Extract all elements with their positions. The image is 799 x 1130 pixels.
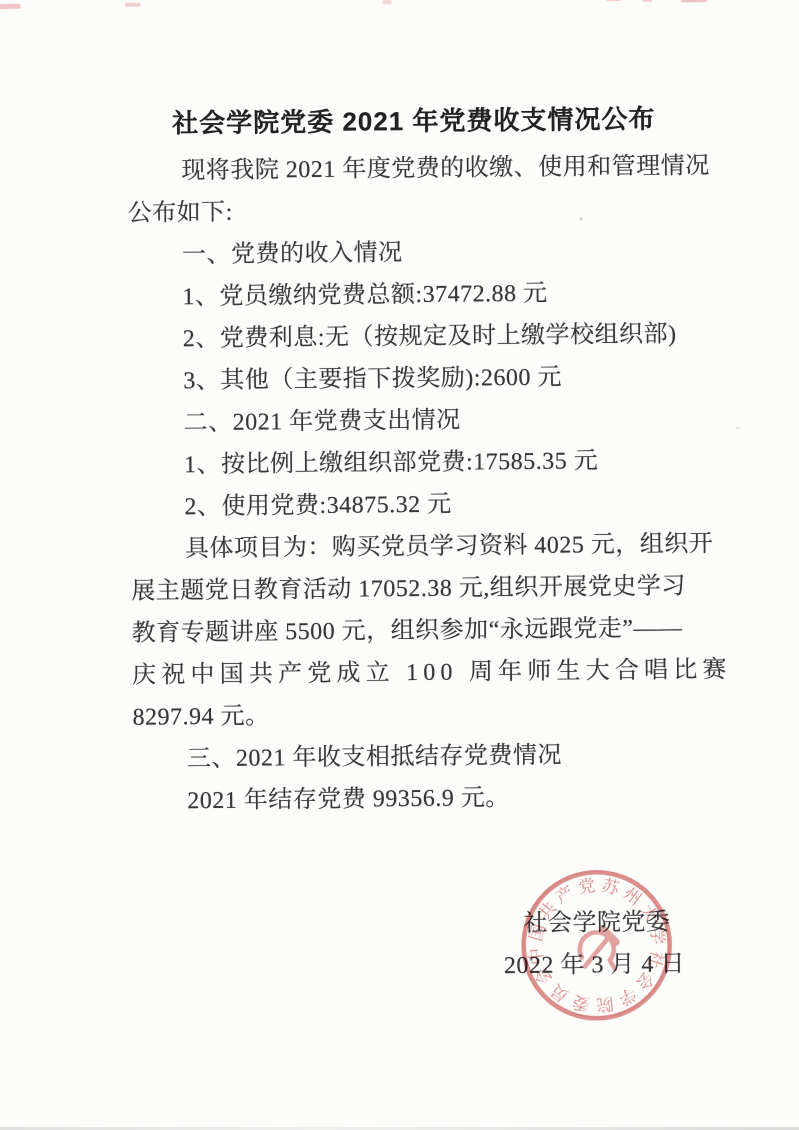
text-line: 2021 年结存党费 99356.9 元。 <box>133 775 707 823</box>
text-line: 3、其他（主要指下拨奖励):2600 元 <box>129 355 703 403</box>
scan-artifact <box>383 0 392 4</box>
text-line: 教育专题讲座 5500 元，组织参加“永远跟党走”—— <box>131 607 705 655</box>
scan-artifact <box>643 0 653 2</box>
scan-speck <box>736 427 740 429</box>
scan-artifact <box>607 0 621 1</box>
text-line: 2、党费利息:无（按规定及时上缴学校组织部) <box>129 313 703 361</box>
document-title: 社会学院党委 2021 年党费收支情况公布 <box>127 98 701 151</box>
document-lines: 现将我院 2021 年度党费的收缴、使用和管理情况公布如下:一、党费的收入情况1… <box>127 145 707 822</box>
text-line: 具体项目为：购买党员学习资料 4025 元，组织开 <box>131 523 705 571</box>
signature-name: 社会学院党委 <box>134 901 708 949</box>
text-line: 三、2021 年收支相抵结存党费情况 <box>133 733 707 781</box>
text-line: 展主题党日教育活动 17052.38 元,组织开展党史学习 <box>131 565 705 613</box>
document-page: 社会学院党委 2021 年党费收支情况公布 现将我院 2021 年度党费的收缴、… <box>0 0 799 1130</box>
text-line: 二、2021 年党费支出情况 <box>129 397 703 445</box>
scan-speck <box>580 217 583 220</box>
scan-artifact <box>681 0 707 2</box>
text-line: 1、按比例上缴组织部党费:17585.35 元 <box>130 439 704 487</box>
text-line: 一、党费的收入情况 <box>128 229 702 277</box>
scan-artifact <box>0 4 21 9</box>
text-line: 1、党员缴纳党费总额:37472.88 元 <box>128 271 702 319</box>
text-line: 8297.94 元。 <box>132 691 706 739</box>
text-line: 现将我院 2021 年度党费的收缴、使用和管理情况 <box>127 145 701 193</box>
document-content: 社会学院党委 2021 年党费收支情况公布 现将我院 2021 年度党费的收缴、… <box>127 98 709 990</box>
scan-artifact <box>125 3 141 7</box>
signature-block: 社会学院党委 2022 年 3 月 4 日 <box>134 901 709 991</box>
text-line: 公布如下: <box>127 187 701 235</box>
signature-date: 2022 年 3 月 4 日 <box>135 943 709 991</box>
scanned-document-page: { "document": { "title": "社会学院党委 2021 年党… <box>0 0 799 1130</box>
text-line: 庆祝中国共产党成立 100 周年师生大合唱比赛 <box>132 649 706 697</box>
text-line: 2、使用党费:34875.32 元 <box>130 481 704 529</box>
